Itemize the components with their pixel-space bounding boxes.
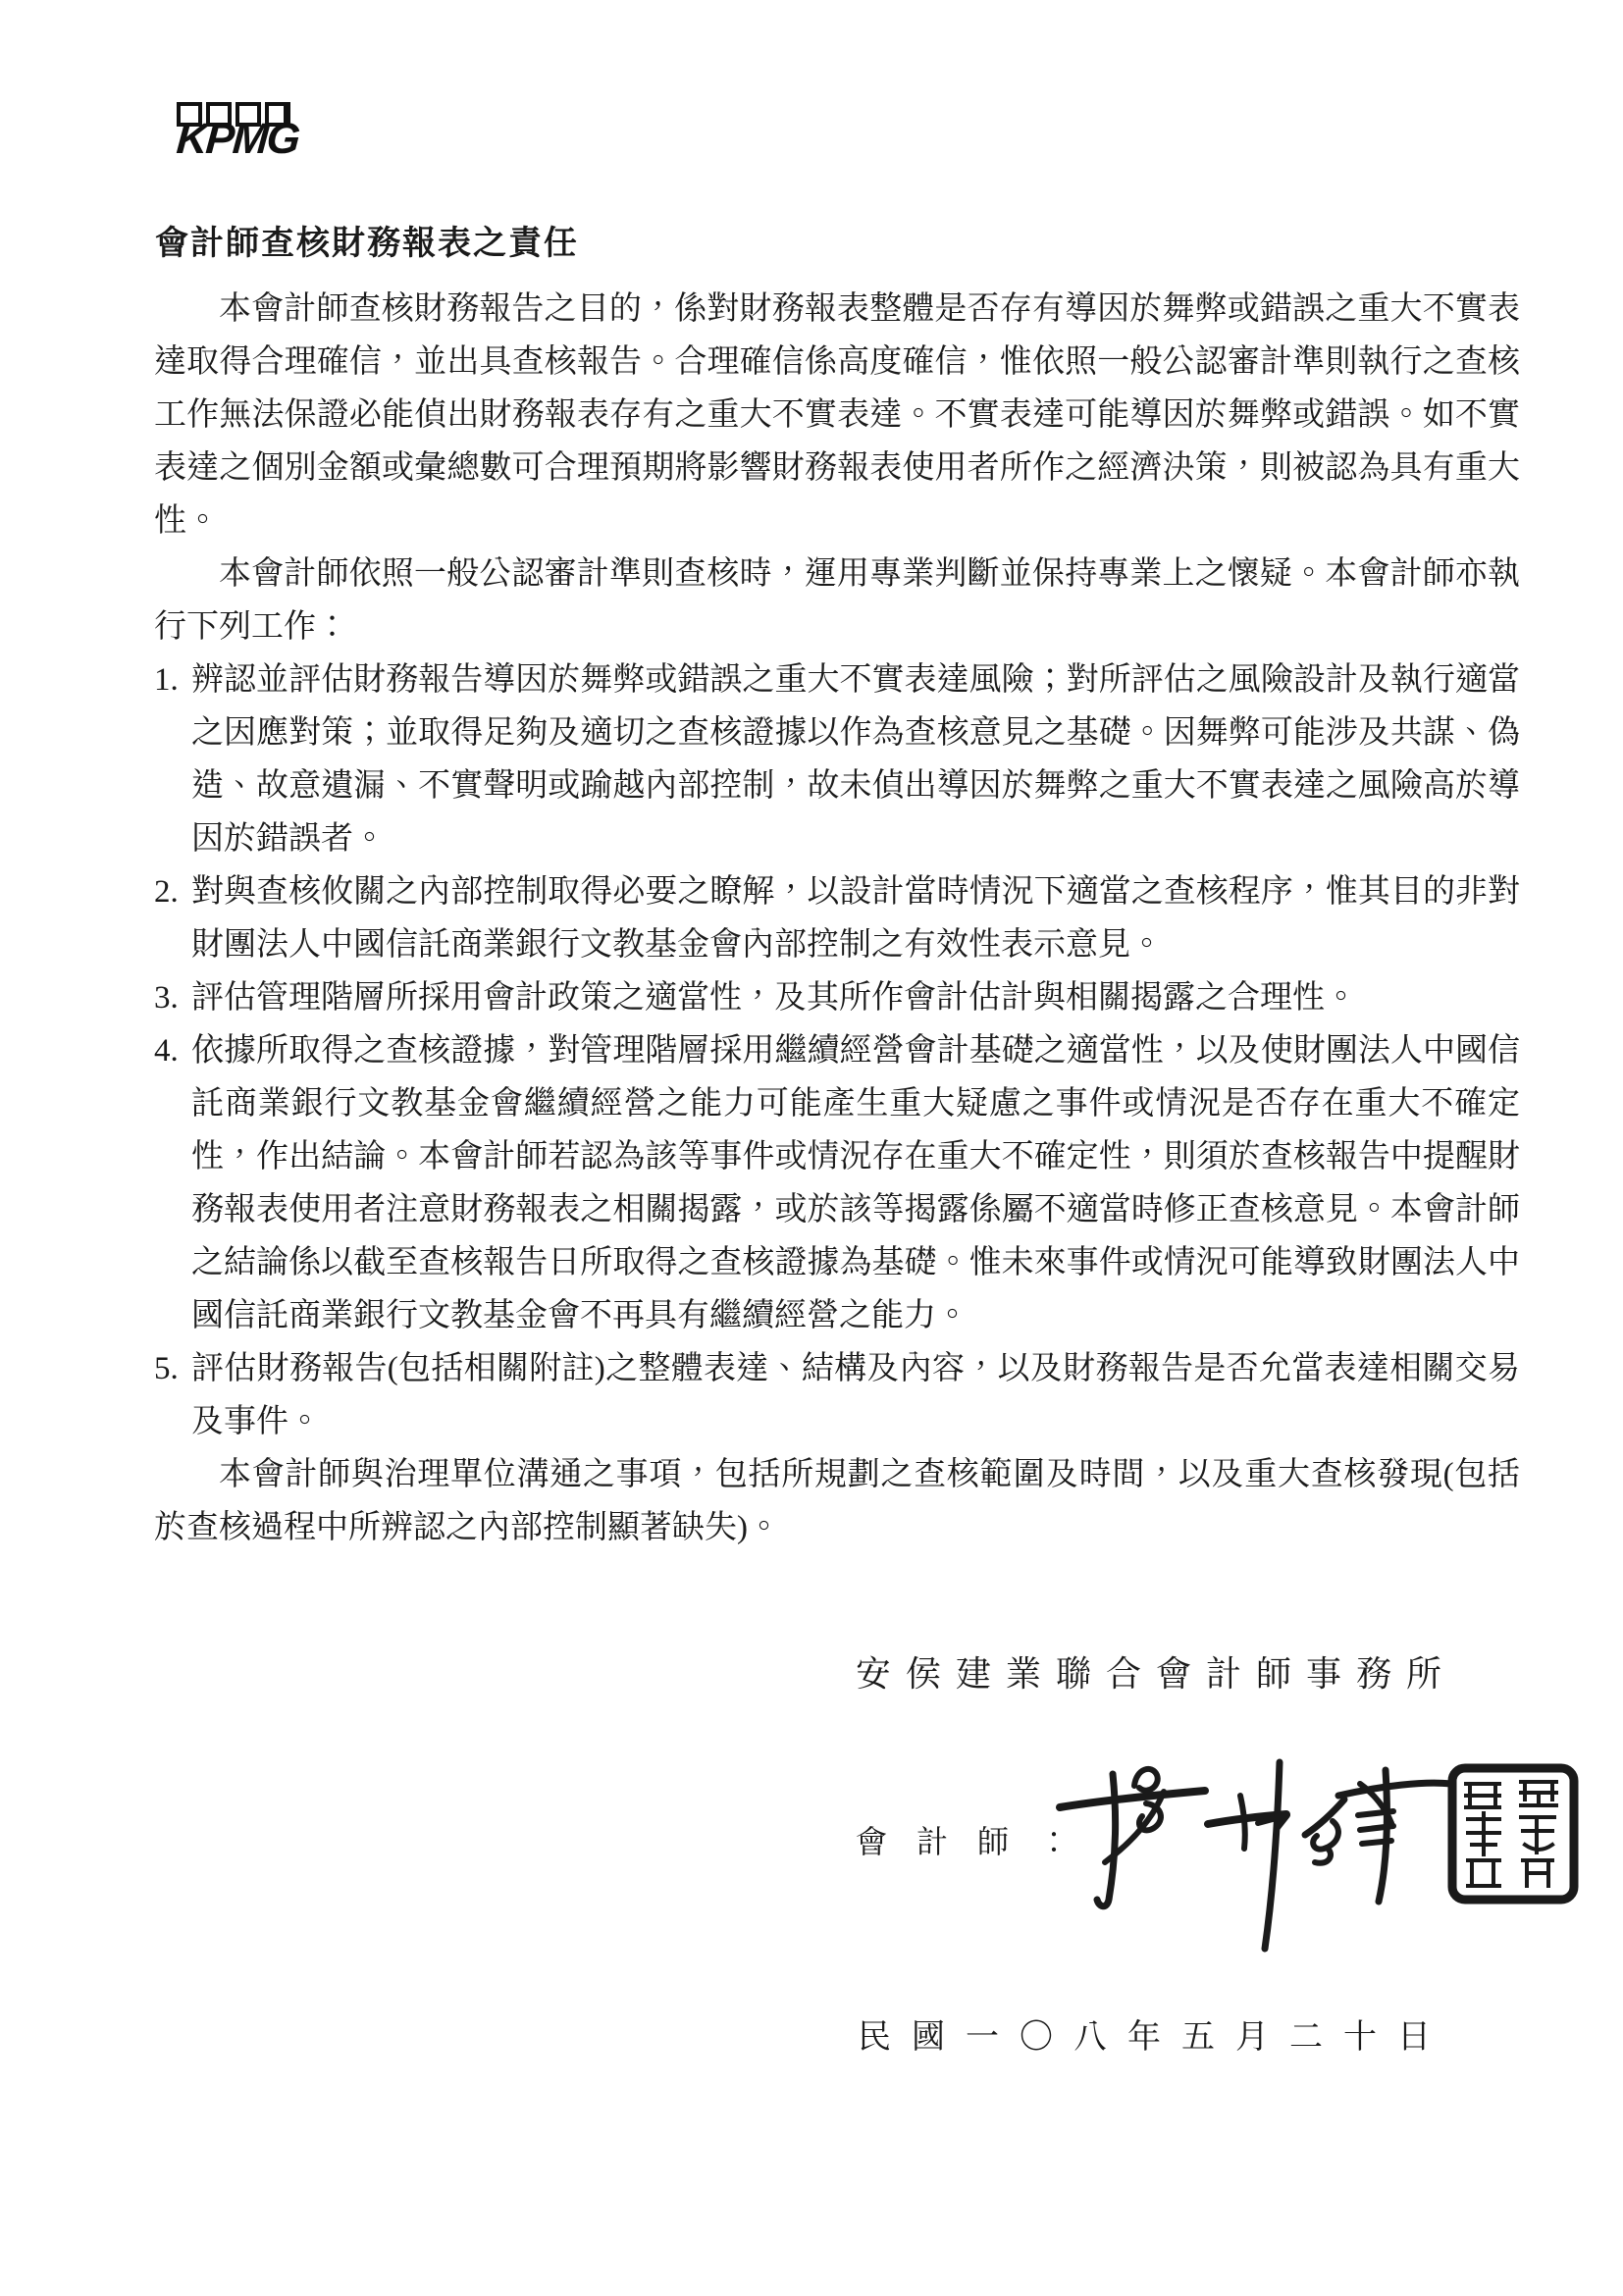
audit-report-page: KPMG 會計師查核財務報表之責任 本會計師查核財務報告之目的，係對財務報表整體… <box>0 0 1623 2296</box>
list-text: 依據所取得之查核證據，對管理階層採用繼續經營會計基礎之適當性，以及使財團法人中國… <box>191 1033 1520 1333</box>
paragraph-governance-communication: 本會計師與治理單位溝通之事項，包括所規劃之查核範圍及時間，以及重大查核發現(包括… <box>154 1448 1520 1554</box>
list-item-4: 4. 依據所取得之查核證據，對管理階層採用繼續經營會計基礎之適當性，以及使財團法… <box>154 1024 1520 1342</box>
list-item-3: 3. 評估管理階層所採用會計政策之適當性，及其所作會計估計與相關揭露之合理性。 <box>154 971 1520 1024</box>
list-text: 評估財務報告(包括相關附註)之整體表達、結構及內容，以及財務報告是否允當表達相關… <box>191 1351 1520 1439</box>
report-date: 民國一〇八年五月二十日 <box>858 2009 1451 2058</box>
list-text: 對與查核攸關之內部控制取得必要之瞭解，以設計當時情況下適當之查核程序，惟其目的非… <box>191 874 1520 963</box>
paragraph-audit-objective: 本會計師查核財務報告之目的，係對財務報表整體是否存有導因於舞弊或錯誤之重大不實表… <box>154 283 1520 548</box>
kpmg-wordmark: KPMG <box>175 118 335 161</box>
list-item-5: 5. 評估財務報告(包括相關附註)之整體表達、結構及內容，以及財務報告是否允當表… <box>154 1342 1520 1448</box>
kpmg-logo: KPMG <box>177 102 334 161</box>
list-text: 辨認並評估財務報告導因於舞弊或錯誤之重大不實表達風險；對所評估之風險設計及執行適… <box>191 662 1520 857</box>
report-body: 本會計師查核財務報告之目的，係對財務報表整體是否存有導因於舞弊或錯誤之重大不實表… <box>154 283 1520 1554</box>
accountant-seal-stamp-icon <box>1446 1762 1580 1905</box>
paragraph-professional-judgment: 本會計師依照一般公認審計準則查核時，運用專業判斷並保持專業上之懷疑。本會計師亦執… <box>154 548 1520 653</box>
list-number: 2. <box>154 865 191 918</box>
list-number: 1. <box>154 653 191 706</box>
list-item-1: 1. 辨認並評估財務報告導因於舞弊或錯誤之重大不實表達風險；對所評估之風險設計及… <box>154 653 1520 865</box>
firm-name: 安侯建業聯合會計師事務所 <box>856 1646 1456 1696</box>
handwritten-signature-icon <box>1048 1725 1460 1982</box>
list-number: 5. <box>154 1342 191 1395</box>
section-heading: 會計師查核財務報表之責任 <box>155 216 579 264</box>
list-number: 3. <box>154 971 191 1024</box>
list-text: 評估管理階層所採用會計政策之適當性，及其所作會計估計與相關揭露之合理性。 <box>191 980 1357 1016</box>
list-number: 4. <box>154 1024 191 1077</box>
list-item-2: 2. 對與查核攸關之內部控制取得必要之瞭解，以設計當時情況下適當之查核程序，惟其… <box>154 865 1520 971</box>
